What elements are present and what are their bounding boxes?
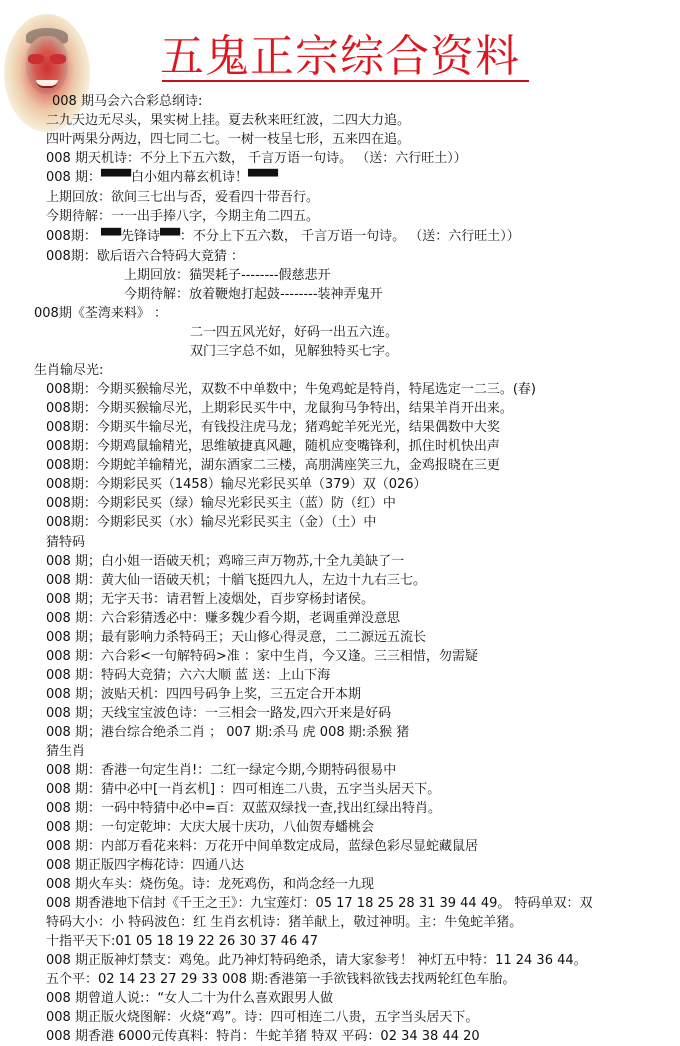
text-line: 008 期：猜中必中[一肖玄机] ：四可相连二八贵，五字当头居天下。 <box>46 780 440 799</box>
text-line: 四叶两果分两边，四七同二七。一树一枝呈七形，五来四在追。 <box>46 130 410 149</box>
text-line: 上期回放：猫哭耗子--------假慈悲开 <box>124 266 331 285</box>
text-line: 008 期；最有影响力杀特码王；天山修心得灵意，二二源远五流长 <box>46 628 426 647</box>
text-line: 008期：今期蛇羊输精光，湖东酒家二三楼，高朋满座笑三九，金鸡报晓在三更 <box>46 456 500 475</box>
text-line: 008 期曾道人说:：“女人二十为什么喜欢跟男人做 <box>46 989 333 1008</box>
text-line: 008 期：六合彩<一句解特码>准 ：家中生肖，今又逢。三三相惜，勿需疑 <box>46 647 478 666</box>
title-underline <box>162 80 529 82</box>
text-line: 上期回放：欲间三七出与否，爱看四十带吾行。 <box>46 188 319 207</box>
text-line: 十指平天下:01 05 18 19 22 26 30 37 46 47 <box>46 932 318 951</box>
text-line: 008 期：▀▀▀白小姐内幕玄机诗！▀▀▀ <box>46 168 278 187</box>
text-line: 008 期香港地下信封《千王之王》：九宝莲灯：05 17 18 25 28 31… <box>46 894 593 913</box>
portrait-glasses <box>28 54 66 64</box>
page-title: 五鬼正宗综合资料 <box>160 32 530 82</box>
text-line: 008期《荃湾来料》 ： <box>34 304 167 323</box>
text-line: 008 期；白小姐一语破天机；鸡啼三声万物苏,十全九美缺了一 <box>46 552 404 571</box>
text-line: 008 期：一句定乾坤：大庆大展十庆功，八仙贺寿蟠桃会 <box>46 818 374 837</box>
text-line: 今期待解：放着鞭炮打起鼓--------装神弄鬼开 <box>124 285 383 304</box>
text-line: 008 期：特码大竞猜；六六大顺 蓝 送：上山下海 <box>46 666 330 685</box>
text-line: 008期：歇后语六合特码大竟猜 ： <box>46 247 244 266</box>
text-line: 二九天边无尽头，果实树上挂。夏去秋来旺红波，二四大力追。 <box>46 111 410 130</box>
text-line: 008期：今期彩民买（绿）输尽光彩民买主（蓝）防（红）中 <box>46 494 396 513</box>
text-line: 008 期火车头：烧伤兔。诗：龙死鸡伤，和尚念经一九现 <box>46 875 374 894</box>
text-line: 特码大小：小 特码波色：红 生肖玄机诗：猪羊献上，敬过神明。主：牛兔蛇羊猪。 <box>46 913 522 932</box>
text-line: 008 期：一码中特猜中必中=百：双蓝双绿找一查,找出红绿出特肖。 <box>46 799 441 818</box>
text-line: 008 期正版火烧图解：火烧“鸡”。诗：四可相连二八贵，五字当头居天下。 <box>46 1008 478 1027</box>
text-line: 008 期马会六合彩总纲诗: <box>52 92 202 111</box>
text-line: 生肖输尽光: <box>34 361 103 380</box>
text-line: 008 期正版四字梅花诗：四通八达 <box>46 856 244 875</box>
text-line: 008期：今期鸡鼠输精光，思维敏捷真风趣，随机应变嘴锋利，抓住时机快出声 <box>46 437 500 456</box>
text-line: 今期待解：一一出手捧八字，今期主角二四五。 <box>46 207 319 226</box>
text-line: 二一四五风光好，好码一出五六连。 <box>190 323 398 342</box>
text-line: 猜特码 <box>46 533 85 552</box>
text-line: 008 期；波贴天机：四四号码争上奖，三五定合开本期 <box>46 685 361 704</box>
text-line: 008 期：内部万看花来料：万花开中间单数定成局，蓝绿色彩尽显蛇藏鼠居 <box>46 837 478 856</box>
text-line: 008期：今期买牛输尽光，有钱投注虎马龙；猪鸡蛇羊死光光，结果偶数中大奖 <box>46 418 500 437</box>
text-line: 008期：今期买猴输尽光，双数不中单数中；牛兔鸡蛇是特肖，特尾选定一二三。(春) <box>46 380 536 399</box>
text-line: 008 期；天线宝宝波色诗：一三相会一路发,四六开来是好码 <box>46 704 391 723</box>
text-line: 008期：今期彩民买（水）输尽光彩民买主（金）（土）中 <box>46 513 376 532</box>
text-line: 008期：今期买猴输尽光，上期彩民买牛中，龙鼠狗马争特出，结果羊肖开出来。 <box>46 399 513 418</box>
text-line: 五个平：02 14 23 27 29 33 008 期:香港第一手欲钱料欲钱去找… <box>46 970 515 989</box>
text-line: 008 期香港 6000元传真料：特肖：牛蛇羊猪 特双 平码：02 34 38 … <box>46 1027 480 1046</box>
text-line: 猜生肖 <box>46 742 85 761</box>
text-line: 008 期天机诗：不分上下五六数， 千言万语一句诗。 （送：六行旺土）） <box>46 149 467 168</box>
text-line: 008 期；无字天书：请君暂上凌烟处，百步穿杨封诸侯。 <box>46 590 374 609</box>
text-line: 008期： ▀▀先锋诗▀▀：不分上下五六数， 千言万语一句诗。 （送：六行旺土）… <box>46 227 520 246</box>
text-line: 008 期：六合彩猜透必中：赚多魏少看今期，老调重弹没意思 <box>46 609 400 628</box>
text-line: 008 期：黄大仙一语破天机；十艏飞挺四九人，左边十九右三七。 <box>46 571 426 590</box>
text-line: 双门三字总不如，见解独特买七字。 <box>190 342 398 361</box>
text-line: 008 期；港台综合绝杀二肖 ； 007 期:杀马 虎 008 期:杀猴 猪 <box>46 723 409 742</box>
text-line: 008 期：香港一句定生肖!：二红一绿定今期,今期特码很易中 <box>46 761 396 780</box>
text-line: 008期：今期彩民买（1458）输尽光彩民买单（379）双（026） <box>46 475 427 494</box>
text-line: 008 期正版神灯禁支：鸡兔。此乃神灯特码绝杀，请大家参考！ 神灯五中特：11 … <box>46 951 587 970</box>
